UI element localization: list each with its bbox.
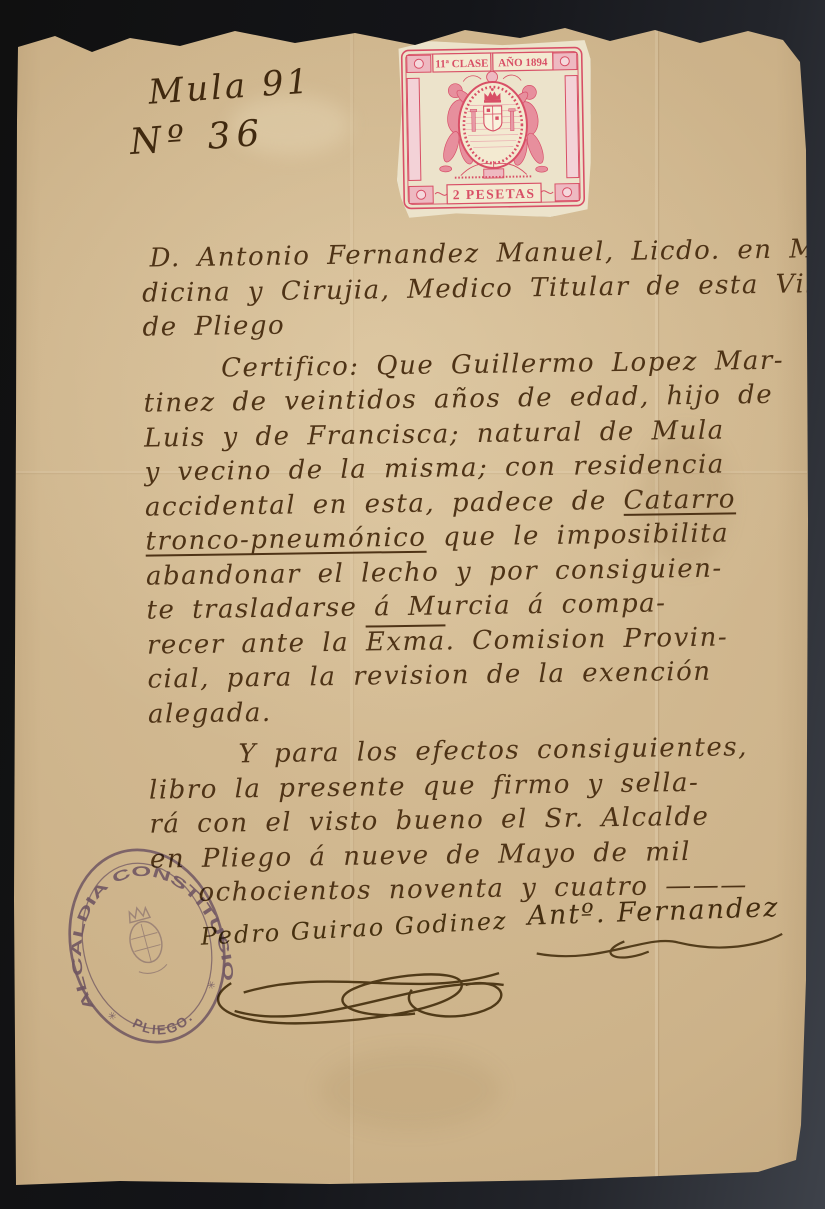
- tax-stamp-graphic: 11ª CLASE AÑO 1894: [397, 41, 590, 216]
- manuscript-text: Y para los efectos consiguientes,: [238, 732, 748, 769]
- manuscript-paragraph: Certifico: Que Guillermo Lopez Mar-tinez…: [143, 343, 808, 732]
- svg-text:ALCALDIA CONSTITUCIONAL DE: ALCALDIA CONSTITUCIONAL DE: [26, 811, 242, 1027]
- manuscript-text: Catarro: [623, 484, 736, 516]
- manuscript-text: rá con el visto bueno el Sr. Alcalde: [149, 802, 709, 840]
- manuscript-paragraph: Y para los efectos consiguientes,libro l…: [148, 729, 810, 911]
- manuscript-text: accidental en esta, padece de: [145, 485, 624, 522]
- manuscript-text: tronco-pneumónico: [145, 523, 426, 557]
- seal-ring-text: ALCALDIA CONSTITUCIONAL DE: [26, 811, 242, 1027]
- reference-number: Nº 36: [128, 107, 316, 165]
- manuscript-text: . Comision Provin-: [445, 622, 728, 656]
- manuscript-text: dicina y Cirujia, Medico Titular de esta…: [142, 268, 825, 308]
- physician-signature: Antº. Fernandez: [527, 891, 804, 970]
- tax-stamp: 11ª CLASE AÑO 1894: [394, 38, 593, 219]
- manuscript: D. Antonio Fernandez Manuel, Licdo. en M…: [141, 232, 810, 911]
- manuscript-text: de Pliego: [142, 311, 285, 343]
- manuscript-text: cial, para la revision de la exención: [147, 657, 711, 695]
- seal-coat-of-arms: [122, 904, 169, 977]
- manuscript-text: libro la presente que firmo y sella-: [149, 767, 700, 805]
- manuscript-text: que le imposibilita: [426, 518, 729, 552]
- stamp-year-label: AÑO 1894: [498, 57, 548, 70]
- stamp-class-label: 11ª CLASE: [435, 58, 488, 71]
- reference-place-year: Mula 91: [147, 60, 313, 114]
- manuscript-text: abandonar el lecho y por consiguien-: [146, 553, 723, 591]
- reference-block: Mula 91 Nº 36: [147, 60, 316, 163]
- stamp-value-label: 2 PESETAS: [453, 186, 536, 202]
- manuscript-text: tinez de veintidos años de edad, hijo de: [143, 380, 773, 419]
- seal-star-right: ✳: [206, 979, 217, 993]
- manuscript-paragraph: D. Antonio Fernandez Manuel, Licdo. en M…: [141, 232, 802, 345]
- manuscript-text: te trasladarse á Murcia á compa-: [146, 588, 666, 625]
- manuscript-text: Luis y de Francisca; natural de Mula: [144, 415, 725, 453]
- manuscript-text: y vecino de la misma; con residencia: [144, 450, 725, 488]
- manuscript-text: recer ante la: [147, 627, 366, 660]
- manuscript-text: alegada.: [148, 697, 272, 729]
- document-paper: Mula 91 Nº 36 11ª CLAS: [0, 0, 825, 1209]
- manuscript-text: Exma: [366, 626, 446, 657]
- paper-stain: [320, 1050, 500, 1130]
- seal-star-left: ✳: [107, 1010, 118, 1024]
- manuscript-text: Certifico: Que Guillermo Lopez Mar-: [221, 345, 784, 383]
- manuscript-text: en Pliego á nueve de Mayo de mil: [150, 837, 691, 875]
